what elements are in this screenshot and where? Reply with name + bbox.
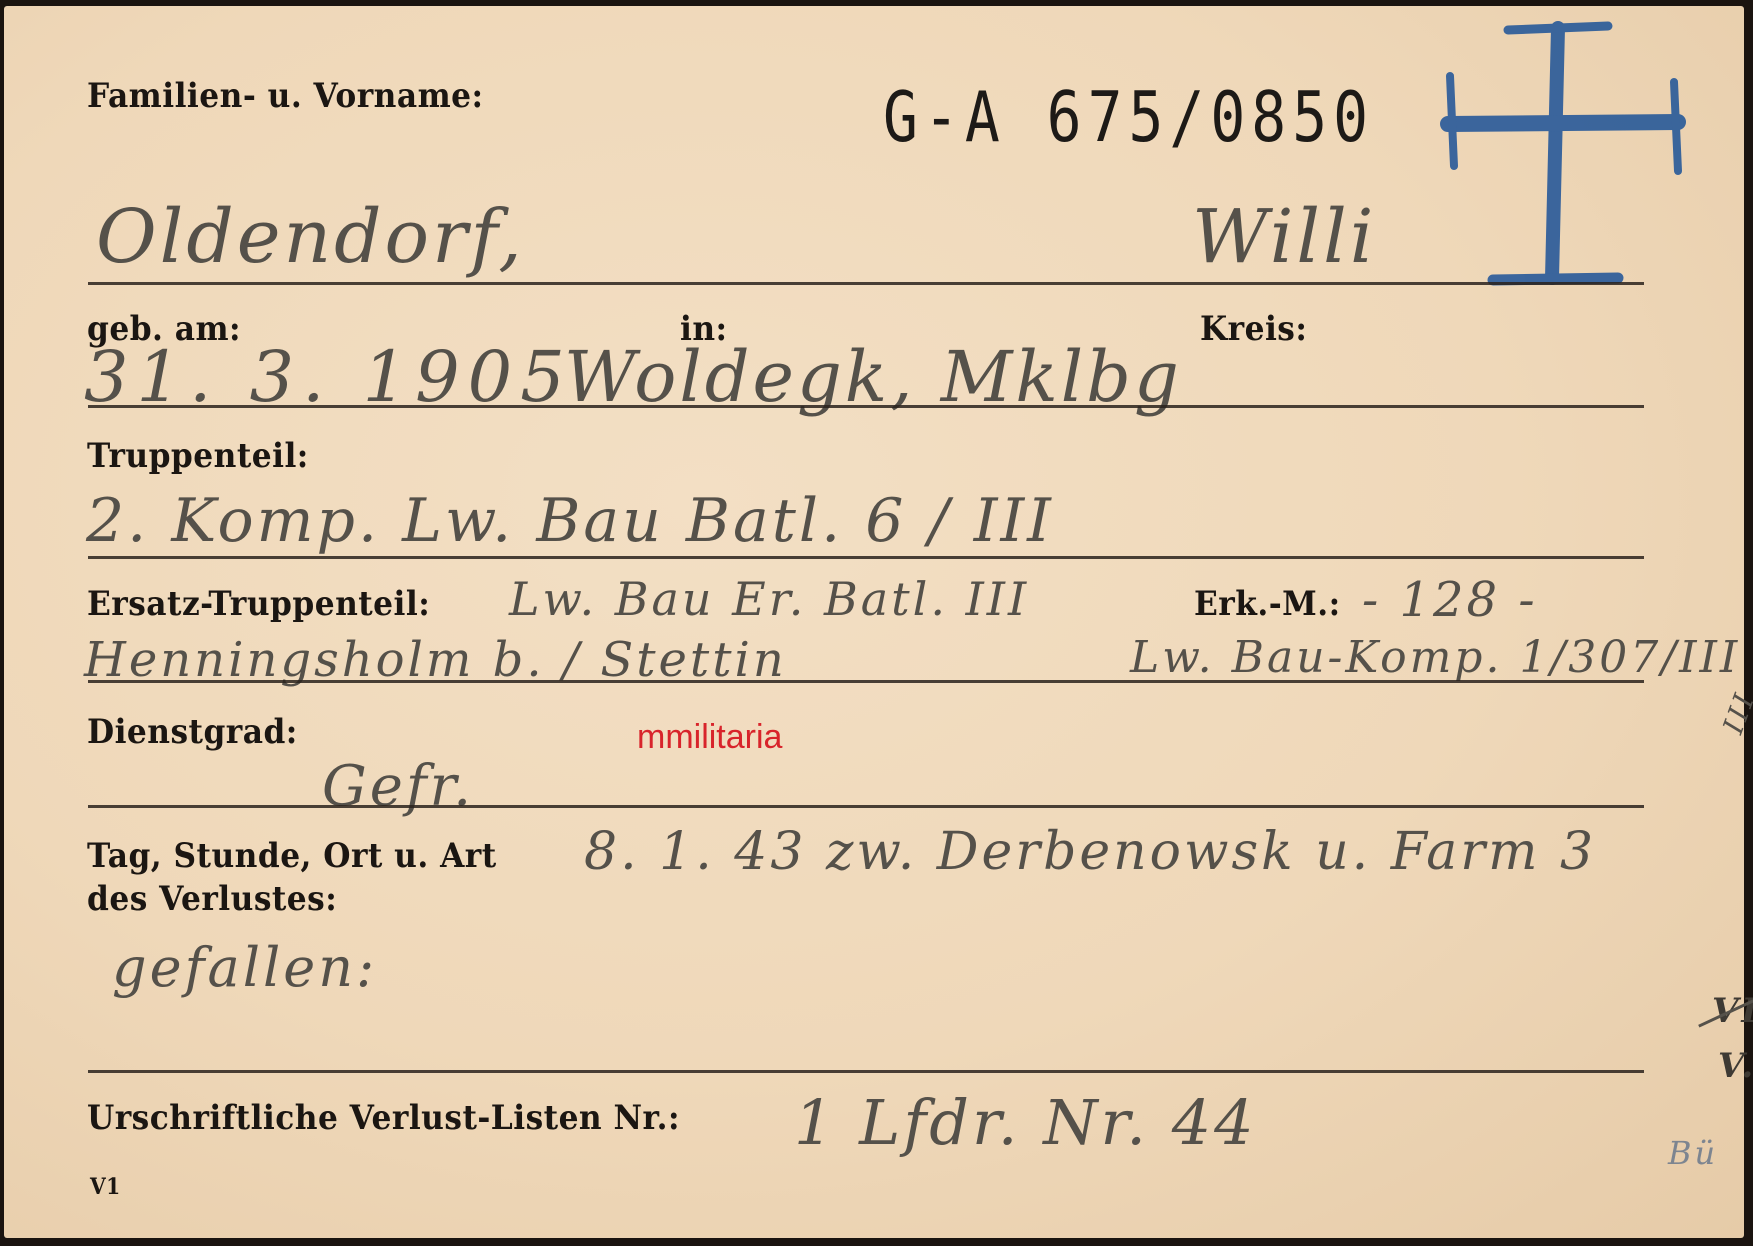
name-label: Familien- u. Vorname:	[87, 76, 484, 116]
loss-value-line1: 8. 1. 43 zw. Derbenowsk u. Farm 3	[584, 822, 1596, 882]
loss-label-line2: des Verlustes:	[87, 879, 337, 919]
file-number-stamp: G-A 675/0850	[883, 76, 1374, 158]
unit-label: Truppenteil:	[87, 436, 309, 476]
divider	[88, 282, 1644, 285]
divider	[88, 680, 1644, 683]
divider	[88, 1070, 1644, 1073]
surname-value: Oldendorf,	[96, 194, 525, 280]
form-code: V1	[90, 1174, 121, 1200]
blue-cross-mark-icon	[1428, 16, 1698, 296]
id-tag-unit: Lw. Bau-Komp. 1/307/III	[1130, 632, 1740, 683]
loss-value-line2: gefallen:	[112, 936, 377, 999]
loss-list-label: Urschriftliche Verlust-Listen Nr.:	[87, 1098, 680, 1138]
replacement-unit-label: Ersatz-Truppenteil:	[87, 584, 430, 624]
watermark: mmilitaria	[637, 718, 782, 757]
id-tag-value: - 128 -	[1362, 572, 1538, 628]
loss-list-value: 1 Lfdr. Nr. 44	[794, 1086, 1257, 1159]
divider	[88, 805, 1644, 808]
unit-value: 2. Komp. Lw. Bau Batl. 6 / III	[86, 486, 1054, 556]
id-tag-label: Erk.-M.:	[1194, 584, 1341, 624]
margin-note-roman: III	[1716, 687, 1753, 738]
casualty-index-card: Familien- u. Vorname: G-A 675/0850 Olden…	[4, 6, 1744, 1238]
district-label: Kreis:	[1200, 309, 1307, 349]
margin-initials: Bü	[1668, 1134, 1718, 1172]
loss-label-line1: Tag, Stunde, Ort u. Art	[87, 836, 497, 876]
rank-label: Dienstgrad:	[87, 712, 298, 752]
replacement-unit-value-line1: Lw. Bau Er. Batl. III	[509, 572, 1029, 626]
margin-fraction-bottom: V.	[1718, 1046, 1753, 1086]
divider	[88, 556, 1644, 559]
divider	[88, 405, 1644, 408]
rank-value: Gefr.	[322, 754, 474, 819]
given-name-value: Willi	[1192, 194, 1376, 280]
